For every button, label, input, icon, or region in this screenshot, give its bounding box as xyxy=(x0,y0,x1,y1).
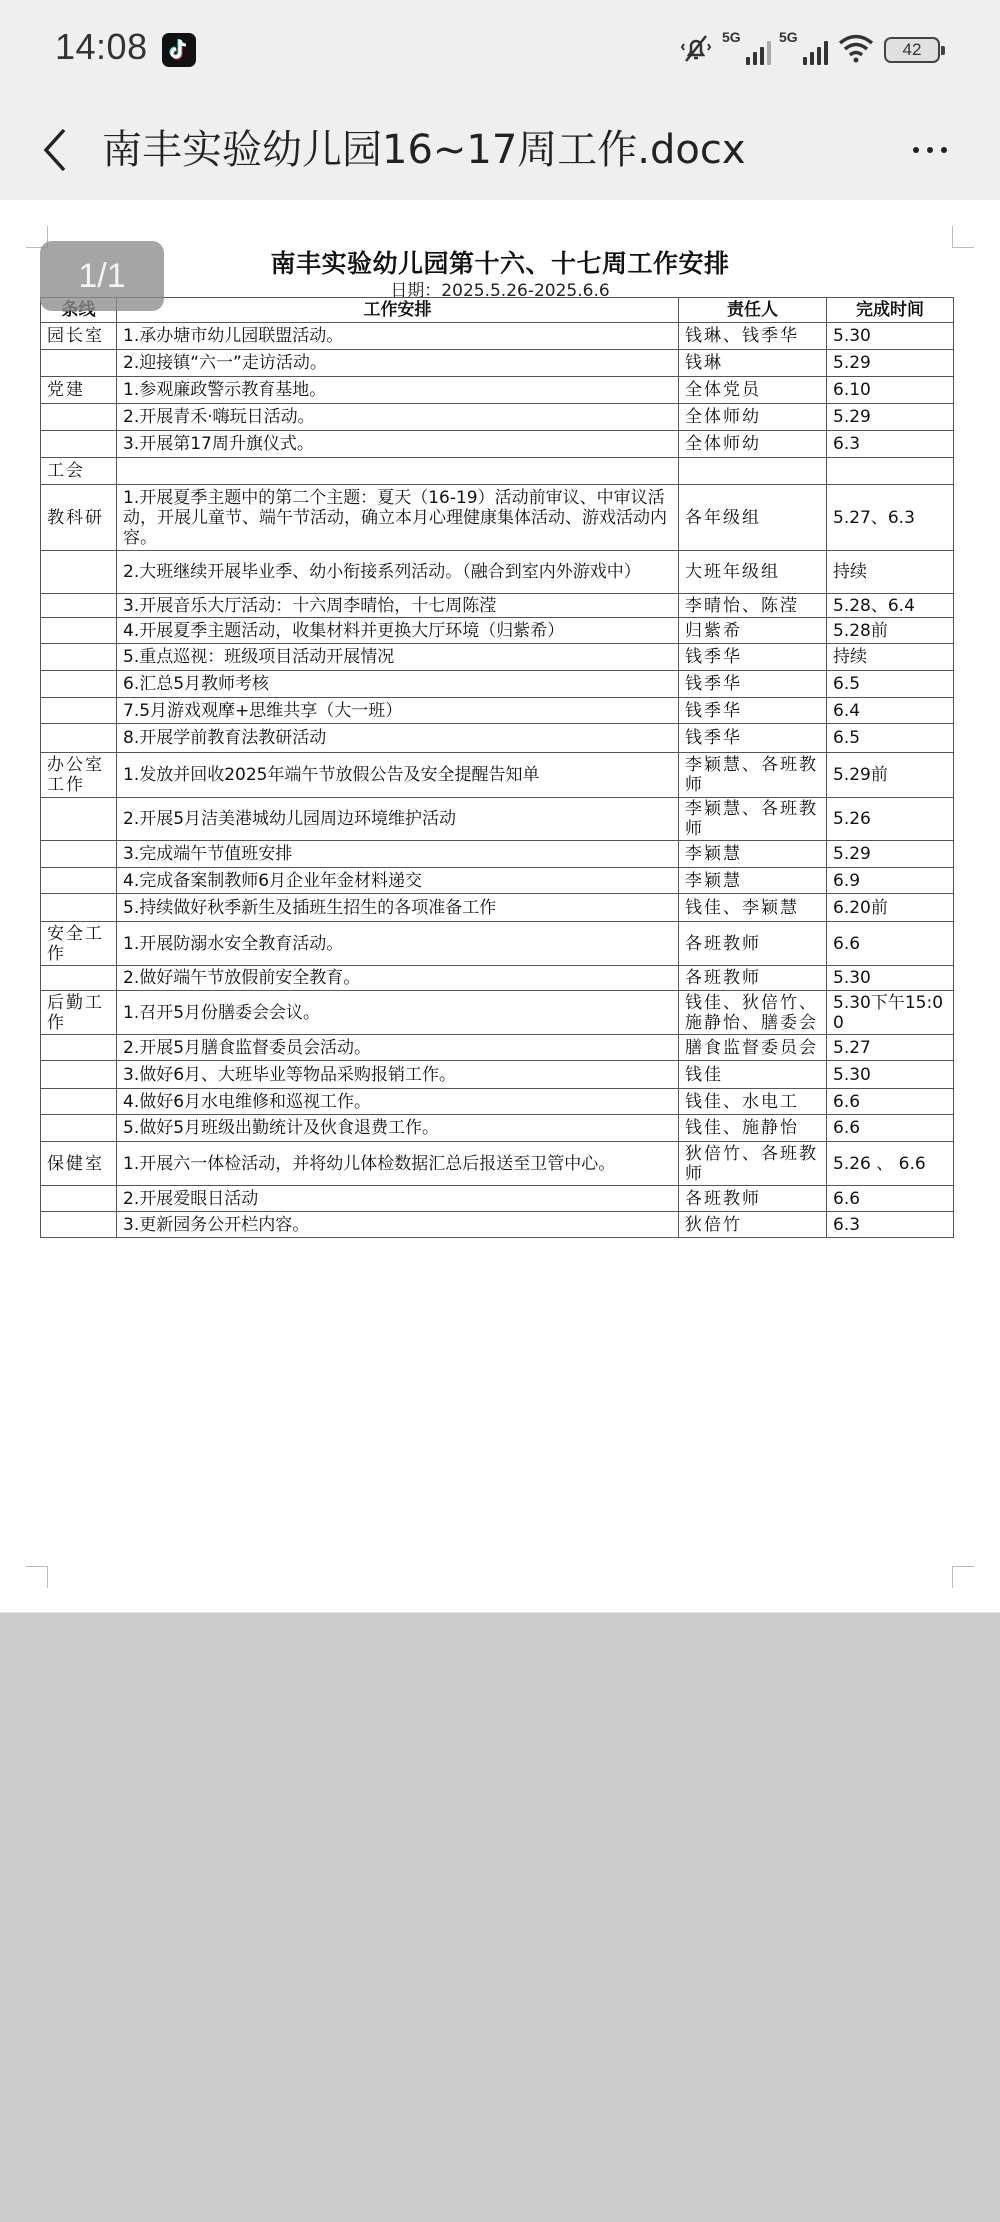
mute-bell-icon xyxy=(678,30,714,70)
dept-cell: 安全工作 xyxy=(41,922,117,966)
task-cell: 7.5月游戏观摩+思维共享（大一班） xyxy=(117,698,679,724)
due-cell: 6.6 xyxy=(827,1089,954,1115)
task-cell: 2.开展青禾·嗨玩日活动。 xyxy=(117,404,679,431)
table-row: 4.开展夏季主题活动，收集材料并更换大厅环境（归紫希）归紫希5.28前 xyxy=(41,618,954,644)
owner-cell: 钱季华 xyxy=(679,724,827,753)
column-header-task: 工作安排 xyxy=(117,298,679,323)
due-cell: 6.3 xyxy=(827,431,954,458)
dept-cell xyxy=(41,551,117,594)
table-row: 2.开展青禾·嗨玩日活动。全体师幼5.29 xyxy=(41,404,954,431)
table-row: 2.开展爱眼日活动各班教师6.6 xyxy=(41,1186,954,1212)
table-row: 6.汇总5月教师考核钱季华6.5 xyxy=(41,671,954,698)
table-row: 2.开展5月洁美港城幼儿园周边环境维护活动李颖慧、各班教师5.26 xyxy=(41,798,954,841)
table-row: 党建1.参观廉政警示教育基地。全体党员6.10 xyxy=(41,377,954,404)
dept-cell xyxy=(41,404,117,431)
status-bar: 14:08 5G 5G xyxy=(0,0,1000,100)
table-row: 4.完成备案制教师6月企业年金材料递交李颖慧6.9 xyxy=(41,868,954,894)
due-cell: 5.26 、 6.6 xyxy=(827,1142,954,1186)
task-cell: 4.完成备案制教师6月企业年金材料递交 xyxy=(117,868,679,894)
dept-cell xyxy=(41,671,117,698)
task-cell: 6.汇总5月教师考核 xyxy=(117,671,679,698)
due-cell: 6.9 xyxy=(827,868,954,894)
due-cell: 6.5 xyxy=(827,671,954,698)
status-time: 14:08 xyxy=(55,26,148,68)
due-cell: 5.28、6.4 xyxy=(827,594,954,618)
due-cell: 5.27、6.3 xyxy=(827,485,954,551)
owner-cell: 钱佳、施静怡 xyxy=(679,1115,827,1142)
due-cell: 6.10 xyxy=(827,377,954,404)
dept-cell xyxy=(41,594,117,618)
owner-cell: 钱琳 xyxy=(679,350,827,377)
back-button[interactable] xyxy=(30,120,80,180)
dept-cell xyxy=(41,644,117,671)
task-cell: 1.发放并回收2025年端午节放假公告及安全提醒告知单 xyxy=(117,753,679,798)
table-row: 2.大班继续开展毕业季、幼小衔接系列活动。（融合到室内外游戏中）大班年级组持续 xyxy=(41,551,954,594)
table-row: 安全工作1.开展防溺水安全教育活动。各班教师6.6 xyxy=(41,922,954,966)
owner-cell xyxy=(679,458,827,485)
due-cell: 6.6 xyxy=(827,922,954,966)
owner-cell: 钱佳 xyxy=(679,1061,827,1089)
dept-cell: 党建 xyxy=(41,377,117,404)
due-cell: 5.30下午15:00 xyxy=(827,991,954,1035)
table-row: 7.5月游戏观摩+思维共享（大一班）钱季华6.4 xyxy=(41,698,954,724)
owner-cell: 钱季华 xyxy=(679,644,827,671)
task-cell: 8.开展学前教育法教研活动 xyxy=(117,724,679,753)
due-cell: 5.29 xyxy=(827,350,954,377)
owner-cell: 李颖慧 xyxy=(679,868,827,894)
dept-cell xyxy=(41,724,117,753)
signal-5g-1-icon: 5G xyxy=(722,35,771,65)
due-cell: 6.6 xyxy=(827,1115,954,1142)
page-corner-mark xyxy=(26,1566,48,1588)
owner-cell: 各班教师 xyxy=(679,1186,827,1212)
status-icons: 5G 5G 42 xyxy=(678,28,940,72)
due-cell: 5.30 xyxy=(827,323,954,350)
due-cell: 持续 xyxy=(827,551,954,594)
owner-cell: 钱季华 xyxy=(679,698,827,724)
due-cell: 5.30 xyxy=(827,966,954,991)
task-cell: 1.召开5月份膳委会会议。 xyxy=(117,991,679,1035)
task-cell: 3.开展音乐大厅活动：十六周李晴怡，十七周陈滢 xyxy=(117,594,679,618)
table-header-row: 条线 工作安排 责任人 完成时间 xyxy=(41,298,954,323)
table-row: 教科研1.开展夏季主题中的第二个主题：夏天（16-19）活动前审议、中审议活动，… xyxy=(41,485,954,551)
dept-cell xyxy=(41,1035,117,1061)
dept-cell xyxy=(41,1212,117,1238)
dept-cell: 办公室工作 xyxy=(41,753,117,798)
table-row: 5.做好5月班级出勤统计及伙食退费工作。钱佳、施静怡6.6 xyxy=(41,1115,954,1142)
table-row: 2.迎接镇“六一”走访活动。钱琳5.29 xyxy=(41,350,954,377)
table-row: 3.更新园务公开栏内容。狄倍竹6.3 xyxy=(41,1212,954,1238)
table-row: 办公室工作1.发放并回收2025年端午节放假公告及安全提醒告知单李颖慧、各班教师… xyxy=(41,753,954,798)
owner-cell: 归紫希 xyxy=(679,618,827,644)
dept-cell xyxy=(41,894,117,922)
more-options-button[interactable] xyxy=(900,128,960,172)
owner-cell: 李颖慧、各班教师 xyxy=(679,753,827,798)
owner-cell: 李晴怡、陈滢 xyxy=(679,594,827,618)
task-cell: 3.开展第17周升旗仪式。 xyxy=(117,431,679,458)
dept-cell: 园长室 xyxy=(41,323,117,350)
dept-cell: 教科研 xyxy=(41,485,117,551)
task-cell: 3.做好6月、大班毕业等物品采购报销工作。 xyxy=(117,1061,679,1089)
table-row: 工会 xyxy=(41,458,954,485)
wifi-icon xyxy=(836,32,876,68)
dept-cell xyxy=(41,350,117,377)
dept-cell: 后勤工作 xyxy=(41,991,117,1035)
due-cell: 6.20前 xyxy=(827,894,954,922)
task-cell: 3.更新园务公开栏内容。 xyxy=(117,1212,679,1238)
app-header: 南丰实验幼儿园16~17周工作.docx xyxy=(0,100,1000,200)
due-cell: 5.29 xyxy=(827,841,954,868)
task-cell: 1.开展夏季主题中的第二个主题：夏天（16-19）活动前审议、中审议活动，开展儿… xyxy=(117,485,679,551)
table-row: 3.做好6月、大班毕业等物品采购报销工作。钱佳5.30 xyxy=(41,1061,954,1089)
due-cell: 6.6 xyxy=(827,1186,954,1212)
task-cell: 5.持续做好秋季新生及插班生招生的各项准备工作 xyxy=(117,894,679,922)
task-cell: 4.开展夏季主题活动，收集材料并更换大厅环境（归紫希） xyxy=(117,618,679,644)
document-page[interactable]: 南丰实验幼儿园第十六、十七周工作安排 日期：2025.5.26-2025.6.6… xyxy=(0,200,1000,1613)
due-cell: 5.30 xyxy=(827,1061,954,1089)
table-row: 2.做好端午节放假前安全教育。各班教师5.30 xyxy=(41,966,954,991)
due-cell: 6.4 xyxy=(827,698,954,724)
owner-cell: 钱佳、李颖慧 xyxy=(679,894,827,922)
due-cell: 5.28前 xyxy=(827,618,954,644)
table-row: 4.做好6月水电维修和巡视工作。钱佳、水电工6.6 xyxy=(41,1089,954,1115)
dept-cell xyxy=(41,1115,117,1142)
task-cell: 2.开展5月洁美港城幼儿园周边环境维护活动 xyxy=(117,798,679,841)
due-cell: 5.27 xyxy=(827,1035,954,1061)
owner-cell: 钱佳、狄倍竹、施静怡、膳委会 xyxy=(679,991,827,1035)
task-cell: 5.做好5月班级出勤统计及伙食退费工作。 xyxy=(117,1115,679,1142)
table-row: 3.完成端午节值班安排李颖慧5.29 xyxy=(41,841,954,868)
table-row: 2.开展5月膳食监督委员会活动。膳食监督委员会5.27 xyxy=(41,1035,954,1061)
due-cell: 5.26 xyxy=(827,798,954,841)
dept-cell xyxy=(41,868,117,894)
page-indicator: 1/1 xyxy=(40,241,164,311)
owner-cell: 钱季华 xyxy=(679,671,827,698)
task-cell: 1.参观廉政警示教育基地。 xyxy=(117,377,679,404)
work-plan-table: 条线 工作安排 责任人 完成时间 园长室1.承办塘市幼儿园联盟活动。钱琳、钱季华… xyxy=(40,297,954,1238)
owner-cell: 钱琳、钱季华 xyxy=(679,323,827,350)
owner-cell: 李颖慧、各班教师 xyxy=(679,798,827,841)
dept-cell xyxy=(41,841,117,868)
task-cell xyxy=(117,458,679,485)
owner-cell: 狄倍竹 xyxy=(679,1212,827,1238)
table-row: 3.开展音乐大厅活动：十六周李晴怡，十七周陈滢李晴怡、陈滢5.28、6.4 xyxy=(41,594,954,618)
due-cell: 5.29 xyxy=(827,404,954,431)
task-cell: 2.开展爱眼日活动 xyxy=(117,1186,679,1212)
task-cell: 5.重点巡视：班级项目活动开展情况 xyxy=(117,644,679,671)
owner-cell: 各年级组 xyxy=(679,485,827,551)
table-row: 后勤工作1.召开5月份膳委会会议。钱佳、狄倍竹、施静怡、膳委会5.30下午15:… xyxy=(41,991,954,1035)
owner-cell: 膳食监督委员会 xyxy=(679,1035,827,1061)
due-cell: 6.3 xyxy=(827,1212,954,1238)
page-corner-mark xyxy=(952,1566,974,1588)
due-cell: 5.29前 xyxy=(827,753,954,798)
chevron-left-icon xyxy=(42,128,68,172)
dept-cell xyxy=(41,966,117,991)
owner-cell: 钱佳、水电工 xyxy=(679,1089,827,1115)
table-row: 保健室1.开展六一体检活动，并将幼儿体检数据汇总后报送至卫管中心。狄倍竹、各班教… xyxy=(41,1142,954,1186)
dept-cell xyxy=(41,698,117,724)
dept-cell xyxy=(41,1061,117,1089)
owner-cell: 各班教师 xyxy=(679,922,827,966)
task-cell: 1.承办塘市幼儿园联盟活动。 xyxy=(117,323,679,350)
battery-icon: 42 xyxy=(884,37,940,63)
dept-cell xyxy=(41,798,117,841)
task-cell: 3.完成端午节值班安排 xyxy=(117,841,679,868)
task-cell: 1.开展防溺水安全教育活动。 xyxy=(117,922,679,966)
owner-cell: 全体师幼 xyxy=(679,404,827,431)
due-cell: 6.5 xyxy=(827,724,954,753)
column-header-owner: 责任人 xyxy=(679,298,827,323)
task-cell: 2.开展5月膳食监督委员会活动。 xyxy=(117,1035,679,1061)
more-horizontal-icon xyxy=(913,147,919,153)
signal-5g-2-icon: 5G xyxy=(779,35,828,65)
table-row: 园长室1.承办塘市幼儿园联盟活动。钱琳、钱季华5.30 xyxy=(41,323,954,350)
task-cell: 2.大班继续开展毕业季、幼小衔接系列活动。（融合到室内外游戏中） xyxy=(117,551,679,594)
column-header-due: 完成时间 xyxy=(827,298,954,323)
table-row: 5.重点巡视：班级项目活动开展情况钱季华持续 xyxy=(41,644,954,671)
dept-cell: 保健室 xyxy=(41,1142,117,1186)
tiktok-icon xyxy=(162,33,196,67)
dept-cell xyxy=(41,618,117,644)
task-cell: 1.开展六一体检活动，并将幼儿体检数据汇总后报送至卫管中心。 xyxy=(117,1142,679,1186)
owner-cell: 全体师幼 xyxy=(679,431,827,458)
owner-cell: 全体党员 xyxy=(679,377,827,404)
dept-cell xyxy=(41,1089,117,1115)
task-cell: 2.做好端午节放假前安全教育。 xyxy=(117,966,679,991)
table-row: 3.开展第17周升旗仪式。全体师幼6.3 xyxy=(41,431,954,458)
due-cell: 持续 xyxy=(827,644,954,671)
document-title: 南丰实验幼儿园16~17周工作.docx xyxy=(102,120,746,180)
dept-cell xyxy=(41,1186,117,1212)
table-row: 5.持续做好秋季新生及插班生招生的各项准备工作钱佳、李颖慧6.20前 xyxy=(41,894,954,922)
due-cell xyxy=(827,458,954,485)
table-row: 8.开展学前教育法教研活动钱季华6.5 xyxy=(41,724,954,753)
owner-cell: 狄倍竹、各班教师 xyxy=(679,1142,827,1186)
owner-cell: 李颖慧 xyxy=(679,841,827,868)
task-cell: 4.做好6月水电维修和巡视工作。 xyxy=(117,1089,679,1115)
owner-cell: 大班年级组 xyxy=(679,551,827,594)
owner-cell: 各班教师 xyxy=(679,966,827,991)
task-cell: 2.迎接镇“六一”走访活动。 xyxy=(117,350,679,377)
dept-cell xyxy=(41,431,117,458)
dept-cell: 工会 xyxy=(41,458,117,485)
